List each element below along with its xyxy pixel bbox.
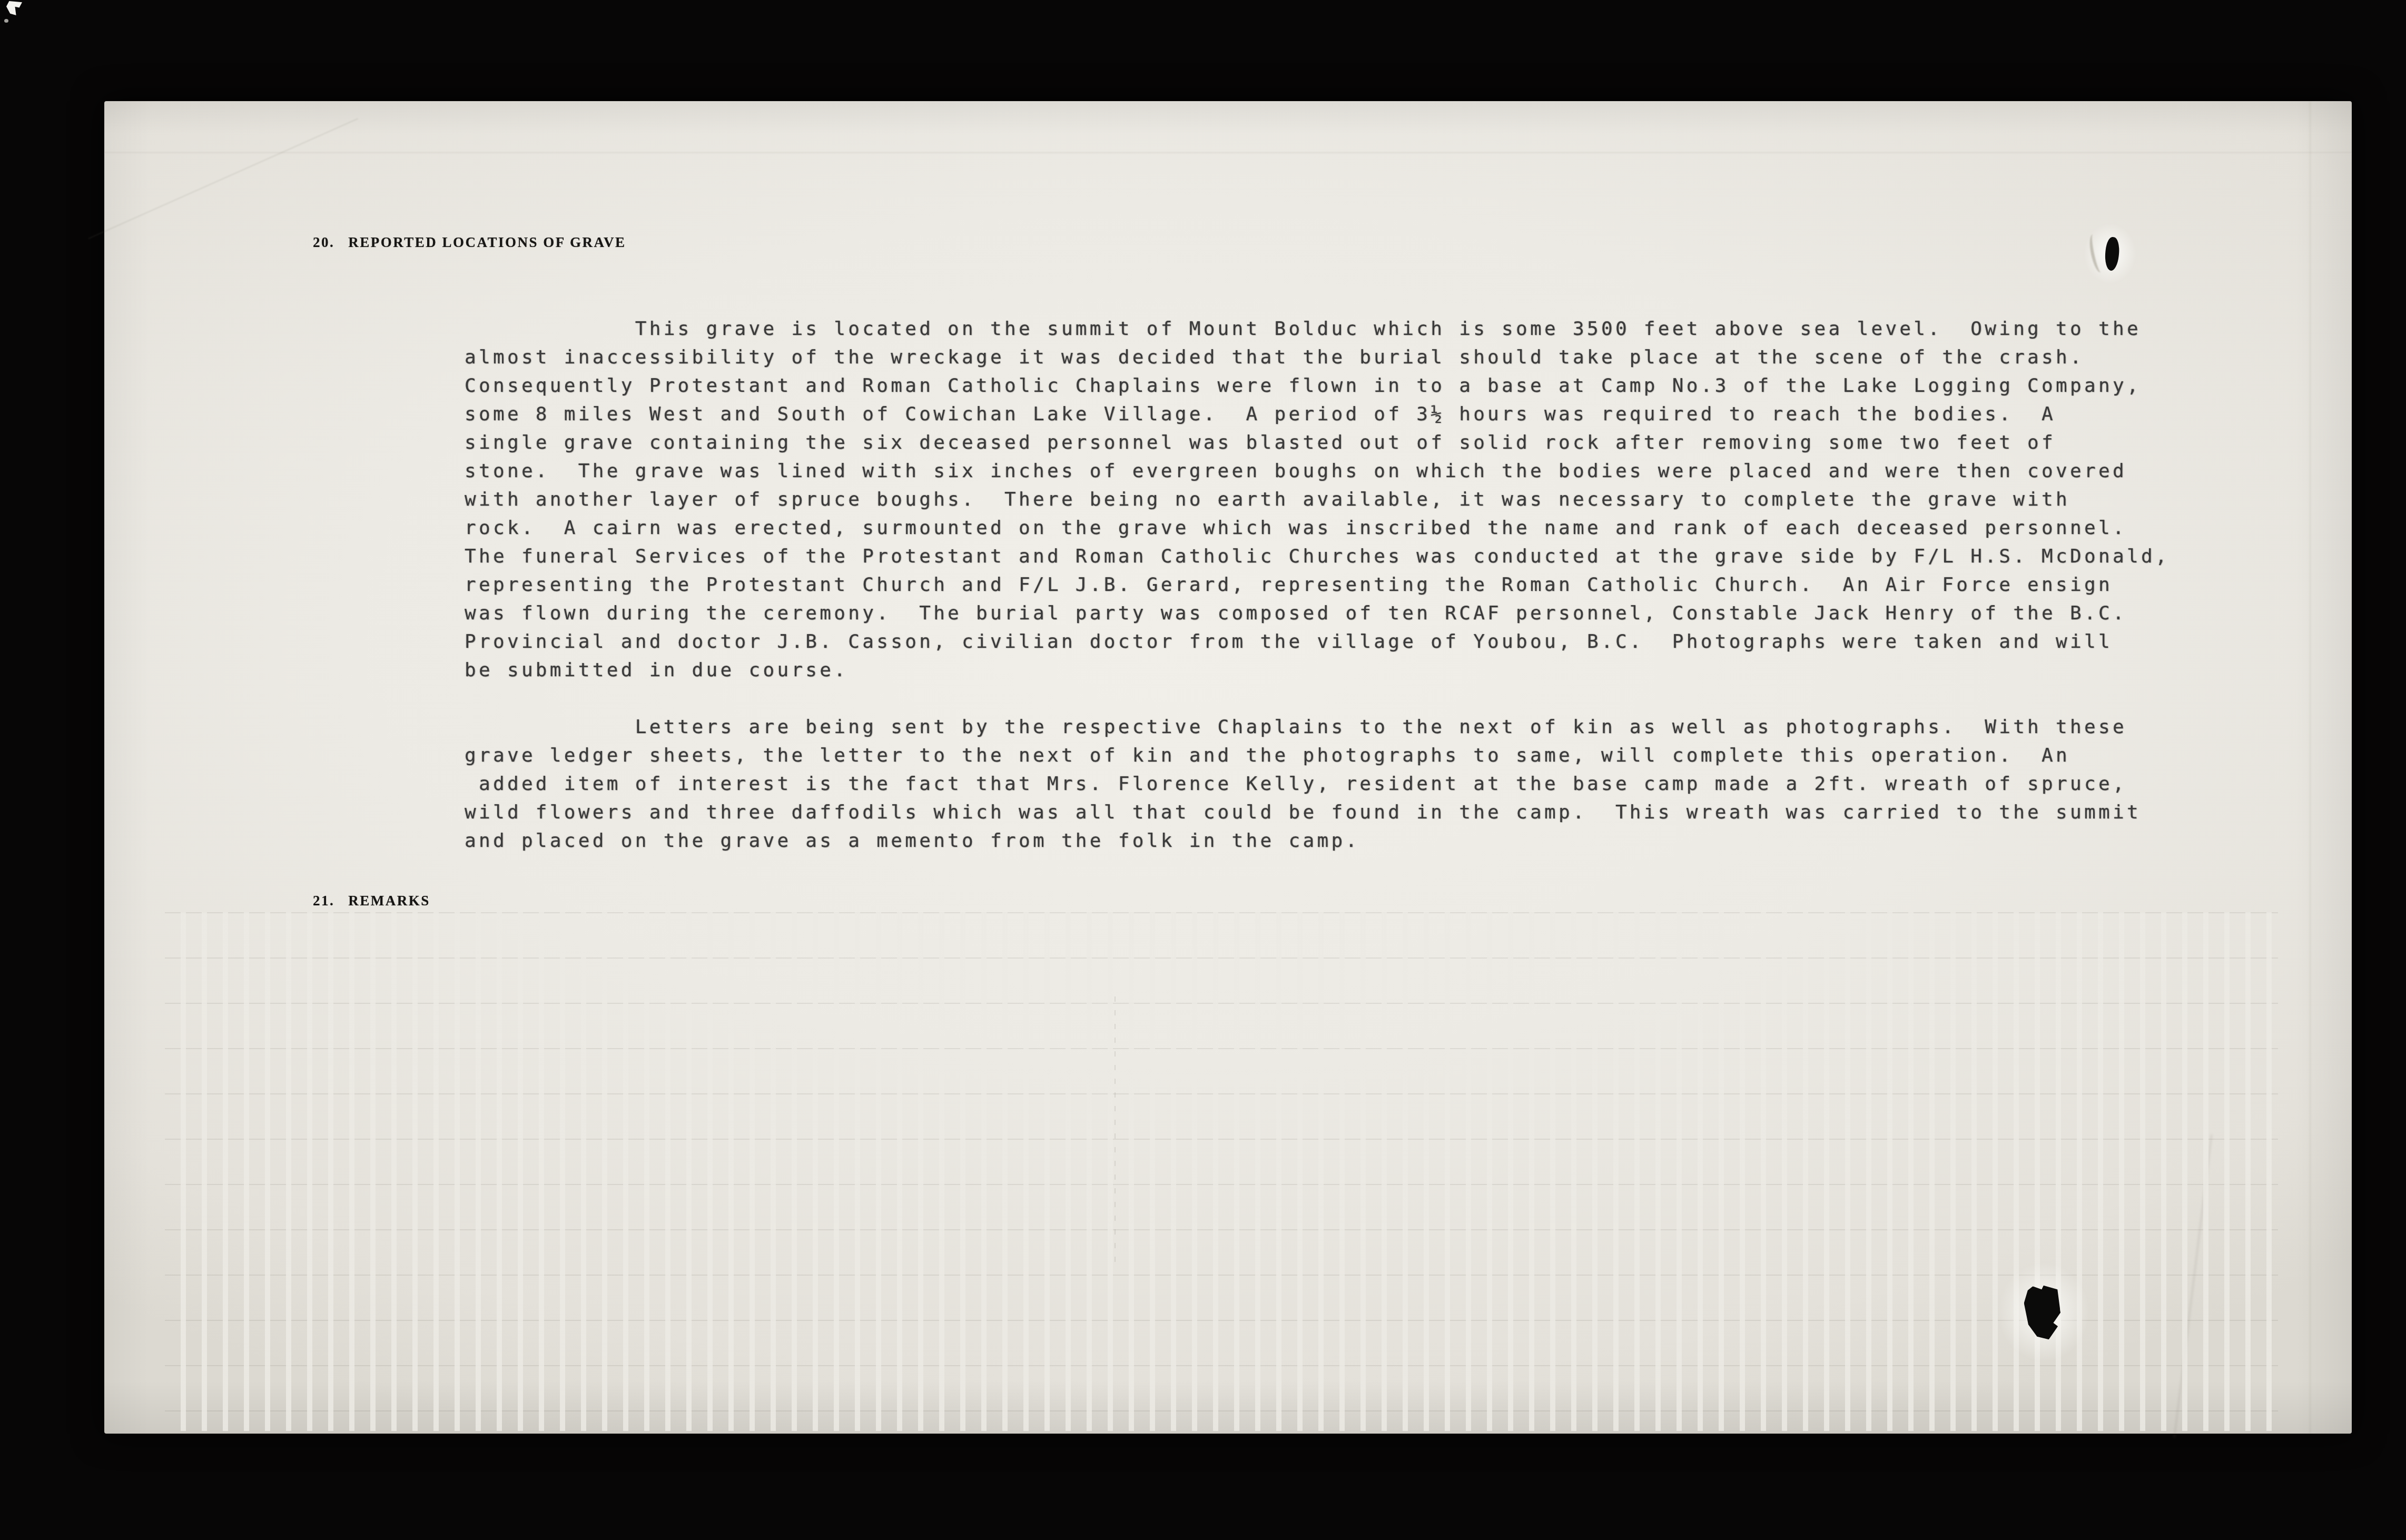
section-20-number: 20. xyxy=(313,234,334,250)
ledger-vertical-rule xyxy=(1115,996,1116,1268)
document-paper: 20.REPORTED LOCATIONS OF GRAVE This grav… xyxy=(104,101,2352,1434)
paper-crease-top xyxy=(104,152,2352,154)
section-21-number: 21. xyxy=(313,893,334,909)
scan-background: { "scan": { "background_color": "#070606… xyxy=(0,0,2406,1540)
section-21-heading: 21.REMARKS xyxy=(313,893,430,909)
section-20-title: REPORTED LOCATIONS OF GRAVE xyxy=(348,234,626,250)
paper-crease-right xyxy=(2310,101,2311,1434)
section-21-title: REMARKS xyxy=(348,893,430,909)
scanner-speck xyxy=(6,1,22,15)
typed-body-text: This grave is located on the summit of M… xyxy=(465,315,2255,855)
paper-crease-diagonal xyxy=(88,118,358,239)
section-20-heading: 20.REPORTED LOCATIONS OF GRAVE xyxy=(313,234,626,251)
ledger-ruled-lines xyxy=(165,912,2278,1431)
scanner-speck xyxy=(4,19,8,23)
